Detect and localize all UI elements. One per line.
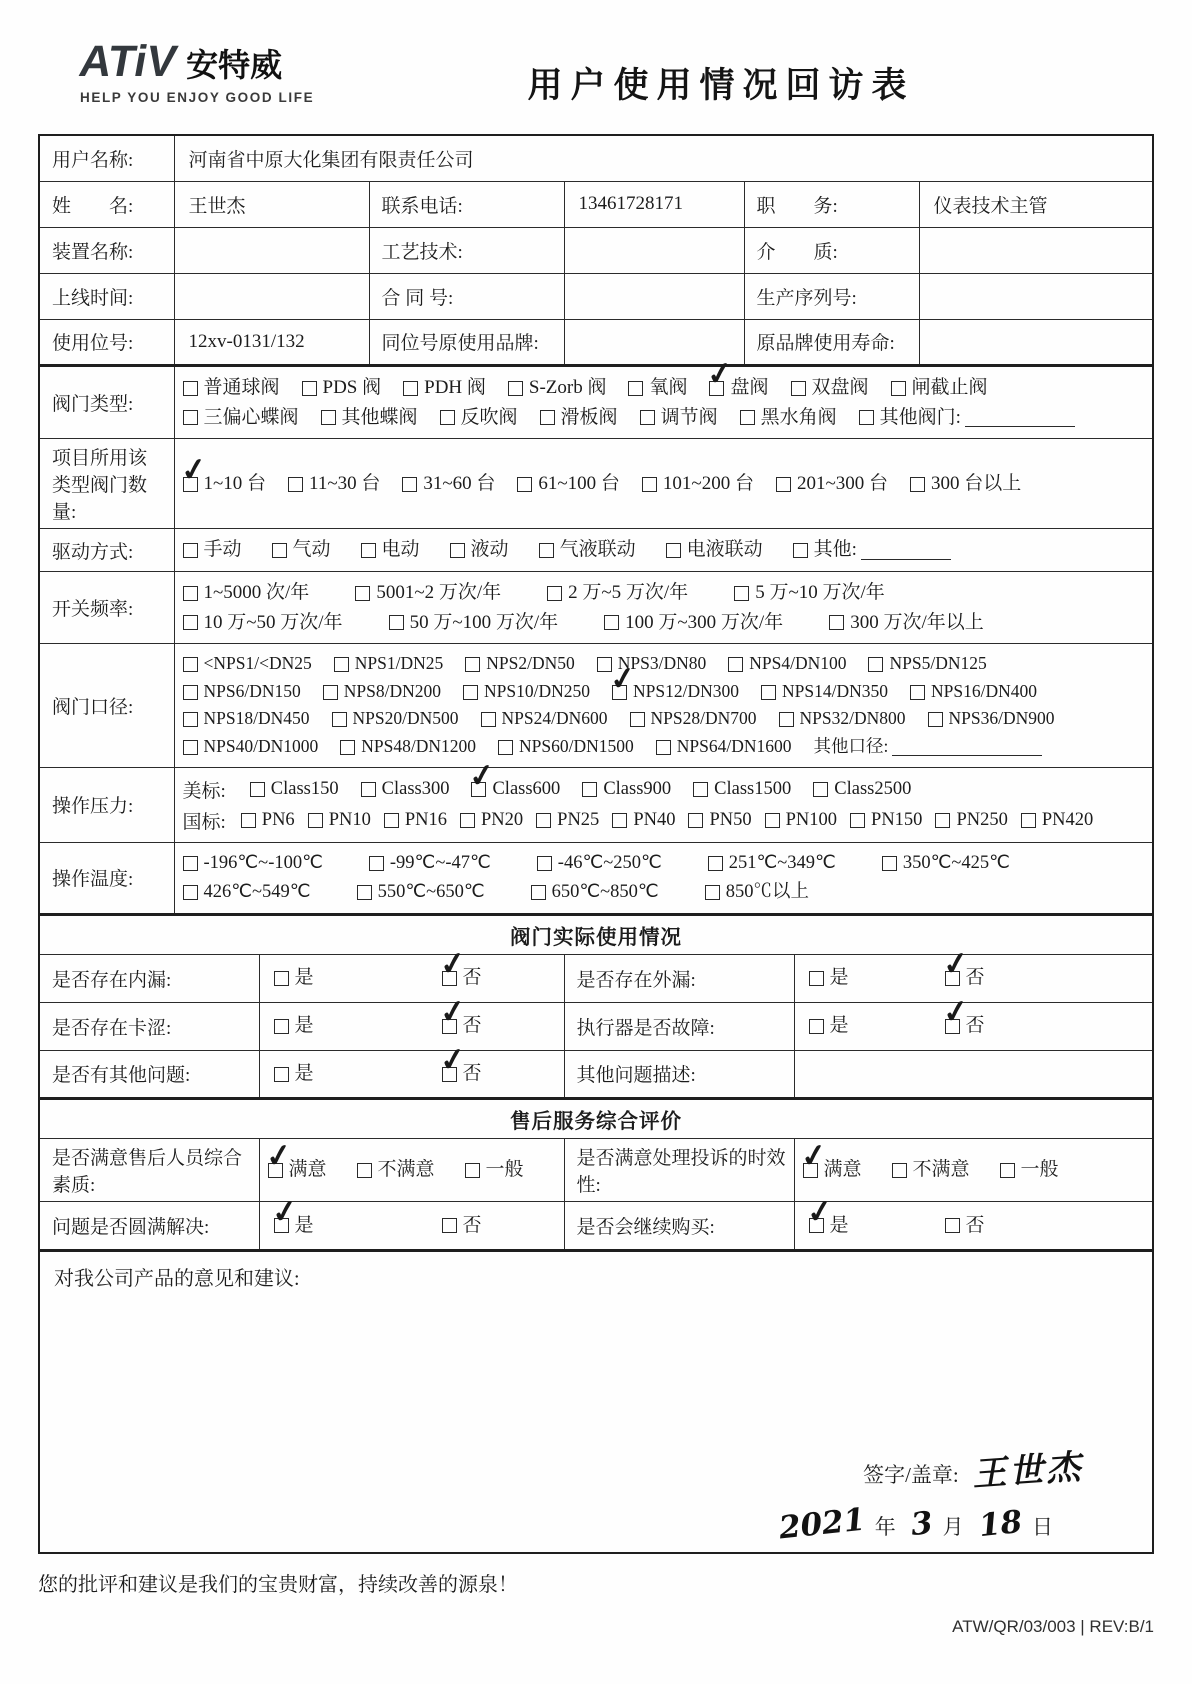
handwritten-month: 3 [909,1505,934,1543]
medium-label: 介 质: [744,227,919,273]
checkbox-option[interactable]: ✓NPS6/DN150 [183,680,301,704]
checkbox-option[interactable]: ✓11~30 台 [288,471,380,497]
checkbox-option[interactable]: ✓NPS1/DN25 [334,652,444,676]
checkbox-option[interactable]: ✓NPS5/DN125 [868,652,986,676]
checkbox-option[interactable]: ✓PN25 [536,808,599,833]
checkbox-option[interactable]: ✓盘阀 [709,375,768,401]
checkbox-option[interactable]: ✓Class600 [471,777,560,802]
checkbox-option[interactable]: ✓反吹阀 [440,405,518,431]
checkbox-icon [183,381,198,396]
other-problem-options: ✓是✓否 [268,1061,556,1087]
quantity-label: 项目所用该类型阀门数量: [39,439,174,529]
repurchase-options: ✓是✓否 [803,1213,1145,1239]
checkbox-icon [183,885,198,900]
checkbox-label: Class900 [603,777,671,802]
checkbox-icon [183,657,198,672]
checkbox-option[interactable]: ✓61~100 台 [517,471,620,497]
checkbox-icon [442,1019,457,1034]
checkbox-label: 是 [830,965,849,991]
checkbox-icon [656,740,671,755]
online-time-label: 上线时间: [39,273,174,319]
checkbox-option[interactable]: ✓电液联动 [666,537,763,563]
checkbox-label: 盘阀 [730,375,768,401]
checkbox-icon [537,856,552,871]
checkbox-icon [740,410,755,425]
diameter-options: ✓<NPS1/<DN25✓NPS1/DN25✓NPS2/DN50✓NPS3/DN… [174,644,1153,768]
checkbox-label: Class300 [382,777,450,802]
checkbox-icon [728,657,743,672]
checkbox-icon [302,381,317,396]
checkbox-label: 不满意 [913,1157,970,1183]
checkbox-option[interactable]: ✓NPS64/DN1600 [656,735,792,759]
atv-logo-chinese: 安特威 [186,49,282,81]
checkbox-option[interactable]: ✓NPS14/DN350 [761,680,888,704]
checkbox-option[interactable]: ✓NPS2/DN50 [465,652,575,676]
checkbox-option[interactable]: ✓气动 [272,537,331,563]
checkbox-label: -46℃~250℃ [558,851,662,876]
checkbox-icon [450,543,465,558]
checkbox-icon [850,813,865,828]
checkbox-option[interactable]: ✓是 [274,1013,314,1039]
checkbox-option[interactable]: ✓10 万~50 万次/年 [183,610,343,636]
checkbox-icon [183,685,198,700]
checkbox-label: NPS48/DN1200 [361,735,476,759]
checkbox-label: NPS2/DN50 [486,652,575,676]
checkbox-label: NPS5/DN125 [889,652,986,676]
checkbox-icon [708,856,723,871]
checkbox-option[interactable]: ✓否 [442,1213,482,1239]
checkbox-option[interactable]: ✓三偏心蝶阀 [183,405,299,431]
quantity-row: 项目所用该类型阀门数量: ✓1~10 台✓11~30 台✓31~60 台✓61~… [39,439,1153,529]
checkbox-icon [274,971,289,986]
checkbox-label: 黑水角阀 [761,405,837,431]
checkbox-option[interactable]: ✓NPS24/DN600 [481,707,608,731]
checkbox-option[interactable]: ✓手动 [183,537,242,563]
checkbox-icon [666,543,681,558]
checkbox-icon [813,782,828,797]
prev-life-label: 原品牌使用寿命: [744,319,919,365]
checkbox-option[interactable]: ✓液动 [450,537,509,563]
checkbox-icon [910,685,925,700]
checkbox-option[interactable]: ✓NPS4/DN100 [728,652,846,676]
checkbox-option[interactable]: ✓满意 [803,1157,862,1183]
checkbox-option[interactable]: ✓是 [274,965,314,991]
checkbox-icon [465,657,480,672]
checkbox-label: 5001~2 万次/年 [376,580,501,606]
day-unit: 日 [1032,1515,1053,1539]
name-value: 王世杰 [174,181,369,227]
checkbox-label: 气液联动 [560,537,636,563]
checkbox-option[interactable]: ✓否 [945,1213,985,1239]
checkbox-option[interactable]: ✓NPS40/DN1000 [183,735,319,759]
comments-row: 对我公司产品的意见和建议: 签字/盖章: 王世杰 2021年 3月 18日 [39,1251,1153,1553]
checkbox-option[interactable]: ✓PN250 [935,808,1007,833]
checkbox-option[interactable]: ✓一般 [465,1157,524,1183]
checkbox-label: 氧阀 [649,375,687,401]
checkbox-icon [859,410,874,425]
footer: 您的批评和建议是我们的宝贵财富，持续改善的源泉！ ATW/QR/03/003 |… [38,1568,1154,1637]
prev-life-value [919,319,1153,365]
checkbox-label: PN25 [557,808,599,833]
evaluation-table: 售后服务综合评价 是否满意售后人员综合素质: ✓满意✓不满意✓一般 是否满意处理… [38,1098,1154,1251]
checkbox-icon [892,1163,907,1178]
checkbox-icon [183,740,198,755]
checkbox-option[interactable]: ✓PN20 [460,808,523,833]
checkbox-label: PN40 [633,808,675,833]
checkbox-label: 5 万~10 万次/年 [755,580,885,606]
valve-type-line1: ✓普通球阀✓PDS 阀✓PDH 阀✓S-Zorb 阀✓氧阀✓盘阀✓双盘阀✓闸截止… [183,375,1145,401]
checkbox-option[interactable]: ✓NPS32/DN800 [779,707,906,731]
checkbox-option[interactable]: ✓否 [442,1061,482,1087]
checkbox-label: 1~5000 次/年 [204,580,310,606]
checkbox-option[interactable]: ✓PN420 [1021,808,1093,833]
checkbox-icon [612,813,627,828]
checkbox-icon [183,410,198,425]
contract-value [564,273,744,319]
checkbox-label: NPS24/DN600 [502,707,608,731]
checkbox-label: 电液联动 [687,537,763,563]
checkbox-icon [829,615,844,630]
checkbox-label: Class2500 [834,777,911,802]
checkbox-icon [361,782,376,797]
checkbox-label: 三偏心蝶阀 [204,405,299,431]
checkbox-icon [274,1218,289,1233]
checkbox-label: PN250 [956,808,1007,833]
checkbox-label: 一般 [486,1157,524,1183]
checkbox-icon [779,712,794,727]
checkbox-icon [540,410,555,425]
checkbox-option[interactable]: ✓300 万次/年以上 [829,610,984,636]
problem-resolved-label: 问题是否圆满解决: [39,1202,259,1250]
checkbox-option[interactable]: ✓1~5000 次/年 [183,580,310,606]
valve-type-options: ✓普通球阀✓PDS 阀✓PDH 阀✓S-Zorb 阀✓氧阀✓盘阀✓双盘阀✓闸截止… [174,366,1153,439]
checkbox-icon [688,813,703,828]
checkbox-option[interactable]: ✓NPS36/DN900 [928,707,1055,731]
checkbox-option[interactable]: ✓PN6 [241,808,295,833]
checkbox-label: Class600 [492,777,560,802]
checkbox-option[interactable]: ✓否 [945,965,985,991]
checkbox-option[interactable]: ✓Class1500 [693,777,791,802]
device-value [174,227,369,273]
handwritten-day: 18 [977,1503,1024,1543]
frequency-label: 开关频率: [39,571,174,643]
evaluation-row-resolution: 问题是否圆满解决: ✓是✓否 是否会继续购买: ✓是✓否 [39,1202,1153,1250]
diameter-line4: ✓NPS40/DN1000✓NPS48/DN1200✓NPS60/DN1500✓… [183,735,1145,759]
repurchase-label: 是否会继续购买: [564,1202,794,1250]
checkbox-option[interactable]: ✓5 万~10 万次/年 [734,580,885,606]
month-unit: 月 [943,1515,964,1539]
checkbox-option[interactable]: ✓否 [442,1013,482,1039]
internal-leak-options: ✓是✓否 [268,965,556,991]
checkbox-option[interactable]: ✓350℃~425℃ [882,851,1010,876]
checkbox-option[interactable]: ✓NPS12/DN300 [612,680,739,704]
checkbox-option[interactable]: ✓滑板阀 [540,405,618,431]
checkbox-icon [357,1163,372,1178]
checkbox-option[interactable]: ✓PN100 [765,808,837,833]
checkbox-label: 是 [830,1213,849,1239]
checkbox-label: 双盘阀 [812,375,869,401]
checkbox-icon [384,813,399,828]
diameter-line2: ✓NPS6/DN150✓NPS8/DN200✓NPS10/DN250✓NPS12… [183,680,1145,704]
checkbox-option[interactable]: ✓是 [274,1213,314,1239]
checkbox-label: 10 万~50 万次/年 [204,610,343,636]
process-label: 工艺技术: [369,227,564,273]
checkbox-label: PDS 阀 [323,375,382,401]
checkbox-option[interactable]: ✓是 [809,1013,849,1039]
checkbox-option[interactable]: ✓普通球阀 [183,375,280,401]
prev-brand-label: 同位号原使用品牌: [369,319,564,365]
checkbox-option[interactable]: ✓NPS20/DN500 [332,707,459,731]
usage-row-leak: 是否存在内漏: ✓是✓否 是否存在外漏: ✓是✓否 [39,954,1153,1002]
checkbox-icon [442,971,457,986]
checkbox-option[interactable]: ✓Class2500 [813,777,911,802]
checkbox-icon [734,586,749,601]
problem-resolved-options: ✓是✓否 [268,1213,556,1239]
checkbox-label: 其他口径: [814,735,889,759]
checkbox-option[interactable]: ✓不满意 [357,1157,435,1183]
checkbox-icon [791,381,806,396]
checkbox-option[interactable]: ✓不满意 [892,1157,970,1183]
diameter-row: 阀门口径: ✓<NPS1/<DN25✓NPS1/DN25✓NPS2/DN50✓N… [39,644,1153,768]
checkbox-option[interactable]: ✓其他蝶阀 [321,405,418,431]
checkbox-icon [882,856,897,871]
checkbox-option[interactable]: ✓300 台以上 [910,471,1021,497]
checkbox-icon [403,381,418,396]
checkbox-option[interactable]: ✓S-Zorb 阀 [508,375,607,401]
checkbox-label: NPS18/DN450 [204,707,310,731]
checkbox-option[interactable]: ✓黑水角阀 [740,405,837,431]
checkbox-option[interactable]: ✓2 万~5 万次/年 [547,580,688,606]
checkbox-label: PN100 [786,808,837,833]
checkbox-icon [630,712,645,727]
checkbox-label: NPS14/DN350 [782,680,888,704]
checkbox-label: 251℃~349℃ [729,851,836,876]
checkbox-option[interactable]: ✓PN150 [850,808,922,833]
external-leak-options: ✓是✓否 [803,965,1145,991]
info-table: 用户名称: 河南省中原大化集团有限责任公司 姓 名: 王世杰 联系电话: 134… [38,134,1154,366]
frequency-line1: ✓1~5000 次/年✓5001~2 万次/年✓2 万~5 万次/年✓5 万~1… [183,580,1145,606]
checkbox-option[interactable]: ✓其他阀门: [859,405,1075,431]
serial-value [919,273,1153,319]
checkbox-option[interactable]: ✓氧阀 [628,375,687,401]
checkbox-option[interactable]: ✓是 [274,1061,314,1087]
checkbox-option[interactable]: ✓电动 [361,537,420,563]
checkbox-label: 是 [295,1061,314,1087]
quantity-options: ✓1~10 台✓11~30 台✓31~60 台✓61~100 台✓101~200… [174,439,1153,529]
checkbox-label: 是 [295,1013,314,1039]
checkbox-option[interactable]: ✓Class900 [582,777,671,802]
external-leak-label: 是否存在外漏: [564,954,794,1002]
temperature-options: ✓-196℃~-100℃✓-99℃~-47℃✓-46℃~250℃✓251℃~34… [174,842,1153,913]
checkbox-option[interactable]: ✓NPS8/DN200 [323,680,441,704]
form-sheet: ATiV 安特威 HELP YOU ENJOY GOOD LIFE 用户使用情况… [0,0,1192,1684]
checkbox-icon [910,477,925,492]
checkbox-icon [891,381,906,396]
row-online-contract-serial: 上线时间: 合 同 号: 生产序列号: [39,273,1153,319]
checkbox-label: PN20 [481,808,523,833]
checkbox-option[interactable]: ✓31~60 台 [402,471,495,497]
drive-mode-options: ✓手动✓气动✓电动✓液动✓气液联动✓电液联动✓其他: [174,529,1153,572]
checkbox-option[interactable]: ✓426℃~549℃ [183,880,311,905]
checkbox-icon [334,657,349,672]
checkbox-icon [498,740,513,755]
checkbox-option[interactable]: ✓PDH 阀 [403,375,486,401]
checkbox-option[interactable]: ✓PDS 阀 [302,375,382,401]
checkbox-option[interactable]: ✓850℃以上 [705,880,809,905]
pressure-options: 美标: ✓Class150✓Class300✓Class600✓Class900… [174,767,1153,842]
checkbox-icon [183,856,198,871]
checkbox-icon [803,1163,818,1178]
checkbox-label: NPS20/DN500 [353,707,459,731]
usage-row-other: 是否有其他问题: ✓是✓否 其他问题描述: [39,1050,1153,1098]
checkbox-option[interactable]: ✓-196℃~-100℃ [183,851,323,876]
checkbox-label: 300 万次/年以上 [850,610,984,636]
checkbox-label: PN6 [262,808,295,833]
checkbox-option[interactable]: ✓101~200 台 [642,471,754,497]
checkbox-label: PN420 [1042,808,1093,833]
row-name-phone-job: 姓 名: 王世杰 联系电话: 13461728171 职 务: 仪表技术主管 [39,181,1153,227]
checkbox-icon [442,1218,457,1233]
checkbox-label: 其他蝶阀 [342,405,418,431]
checkbox-option[interactable]: ✓是 [809,1213,849,1239]
internal-leak-label: 是否存在内漏: [39,954,259,1002]
frequency-row: 开关频率: ✓1~5000 次/年✓5001~2 万次/年✓2 万~5 万次/年… [39,571,1153,643]
checkbox-label: 气动 [293,537,331,563]
checkbox-option[interactable]: ✓PN40 [612,808,675,833]
checkbox-option[interactable]: ✓100 万~300 万次/年 [604,610,783,636]
checkbox-icon [465,1163,480,1178]
checkbox-icon [440,410,455,425]
checkbox-option[interactable]: ✓NPS60/DN1500 [498,735,634,759]
checkbox-label: NPS4/DN100 [749,652,846,676]
checkbox-label: NPS60/DN1500 [519,735,634,759]
checkbox-icon [536,813,551,828]
checkbox-label: NPS10/DN250 [484,680,590,704]
pressure-line2: 国标: ✓PN6✓PN10✓PN16✓PN20✓PN25✓PN40✓PN50✓P… [183,807,1145,834]
checkbox-option[interactable]: ✓PN16 [384,808,447,833]
checkbox-option[interactable]: ✓满意 [268,1157,327,1183]
drive-mode-label: 驱动方式: [39,529,174,572]
checkbox-option[interactable]: ✓一般 [1000,1157,1059,1183]
checkbox-option[interactable]: ✓双盘阀 [791,375,869,401]
checkbox-option[interactable]: ✓<NPS1/<DN25 [183,652,312,676]
checkbox-icon [460,813,475,828]
checkbox-label: 350℃~425℃ [903,851,1010,876]
checkbox-option[interactable]: ✓NPS48/DN1200 [340,735,476,759]
checkbox-option[interactable]: ✓-99℃~-47℃ [369,851,491,876]
atv-logo: ATiV 安特威 HELP YOU ENJOY GOOD LIFE [38,40,348,105]
checkbox-option[interactable]: ✓550℃~650℃ [357,880,485,905]
phone-value: 13461728171 [564,181,744,227]
checkbox-option[interactable]: ✓Class150 [250,777,339,802]
actuator-fault-options: ✓是✓否 [803,1013,1145,1039]
checkbox-icon [340,740,355,755]
checkbox-option[interactable]: ✓否 [442,965,482,991]
signature-label: 签字/盖章: [863,1463,959,1487]
checkbox-label: 普通球阀 [204,375,280,401]
checkbox-label: 否 [463,965,482,991]
checkbox-icon [183,712,198,727]
checkbox-option[interactable]: ✓其他口径: [814,735,1043,759]
checkbox-icon [868,657,883,672]
checkbox-option[interactable]: ✓201~300 台 [776,471,888,497]
checkbox-option[interactable]: ✓251℃~349℃ [708,851,836,876]
checkbox-label: NPS40/DN1000 [204,735,319,759]
handwritten-signature: 王世杰 [970,1439,1084,1496]
checkbox-groups-table: 阀门类型: ✓普通球阀✓PDS 阀✓PDH 阀✓S-Zorb 阀✓氧阀✓盘阀✓双… [38,365,1154,915]
checkbox-icon [547,586,562,601]
checkbox-option[interactable]: ✓NPS3/DN80 [597,652,707,676]
checkbox-option[interactable]: ✓NPS16/DN400 [910,680,1037,704]
tag-value: 12xv-0131/132 [174,319,369,365]
staff-quality-label: 是否满意售后人员综合素质: [39,1139,259,1202]
checkbox-icon [183,477,198,492]
drive-mode-line1: ✓手动✓气动✓电动✓液动✓气液联动✓电液联动✓其他: [183,537,1145,563]
checkbox-option[interactable]: ✓否 [945,1013,985,1039]
checkbox-label: 550℃~650℃ [378,880,485,905]
checkbox-option[interactable]: ✓闸截止阀 [891,375,988,401]
pressure-ansi-prefix: 美标: [183,776,226,803]
checkbox-option[interactable]: ✓是 [809,965,849,991]
checkbox-option[interactable]: ✓NPS10/DN250 [463,680,590,704]
checkbox-option[interactable]: ✓调节阀 [640,405,718,431]
checkbox-label: 是 [295,1213,314,1239]
sticking-label: 是否存在卡涩: [39,1002,259,1050]
checkbox-label: 650℃~850℃ [552,880,659,905]
online-time-value [174,273,369,319]
checkbox-icon [628,381,643,396]
checkbox-label: NPS1/DN25 [355,652,444,676]
checkbox-icon [402,477,417,492]
checkbox-icon [945,971,960,986]
checkbox-option[interactable]: ✓1~10 台 [183,471,267,497]
checkbox-icon [1000,1163,1015,1178]
checkbox-label: 50 万~100 万次/年 [410,610,559,636]
checkbox-icon [517,477,532,492]
user-name-value: 河南省中原大化集团有限责任公司 [174,135,1153,181]
checkbox-icon [945,1019,960,1034]
checkbox-icon [274,1019,289,1034]
checkbox-option[interactable]: ✓-46℃~250℃ [537,851,662,876]
checkbox-label: Class150 [271,777,339,802]
checkbox-icon [357,885,372,900]
checkbox-option[interactable]: ✓650℃~850℃ [531,880,659,905]
checkbox-label: 调节阀 [661,405,718,431]
checkbox-option[interactable]: ✓50 万~100 万次/年 [389,610,559,636]
checkbox-icon [389,615,404,630]
checkbox-label: 否 [463,1013,482,1039]
staff-quality-options: ✓满意✓不满意✓一般 [268,1157,556,1183]
checkbox-label: PN16 [405,808,447,833]
comments-table: 对我公司产品的意见和建议: 签字/盖章: 王世杰 2021年 3月 18日 [38,1250,1154,1554]
checkbox-option[interactable]: ✓Class300 [361,777,450,802]
sticking-options: ✓是✓否 [268,1013,556,1039]
checkbox-option[interactable]: ✓气液联动 [539,537,636,563]
checkbox-option[interactable]: ✓PN50 [688,808,751,833]
checkbox-option[interactable]: ✓5001~2 万次/年 [355,580,501,606]
checkbox-option[interactable]: ✓其他: [793,537,951,563]
checkbox-option[interactable]: ✓NPS18/DN450 [183,707,310,731]
checkbox-icon [241,813,256,828]
tag-label: 使用位号: [39,319,174,365]
usage-row-stick: 是否存在卡涩: ✓是✓否 执行器是否故障: ✓是✓否 [39,1002,1153,1050]
checkbox-label: Class1500 [714,777,791,802]
usage-section-header-row: 阀门实际使用情况 [39,915,1153,955]
checkbox-label: PN150 [871,808,922,833]
diameter-line1: ✓<NPS1/<DN25✓NPS1/DN25✓NPS2/DN50✓NPS3/DN… [183,652,1145,676]
checkbox-option[interactable]: ✓NPS28/DN700 [630,707,757,731]
checkbox-option[interactable]: ✓PN10 [308,808,371,833]
